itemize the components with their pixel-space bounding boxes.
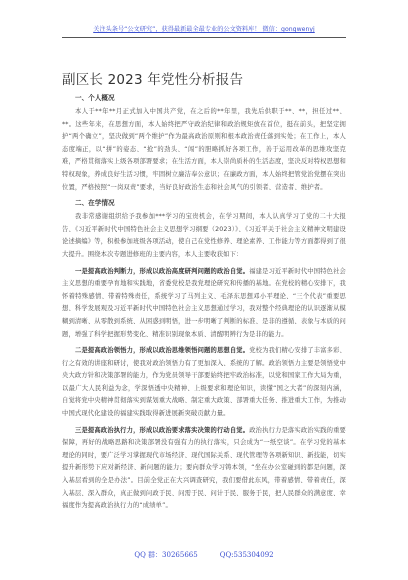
paragraph-political-comprehension: 二是提高政治领悟力，形成以政治思维领悟问题的思想自觉。党校为我们精心安排了丰富多… — [62, 345, 346, 421]
paragraph-text: 本人于**年**月正式加入中国共产党，在之后的**年里，我先后供职于**、**，… — [62, 108, 346, 191]
paragraph-lead: 二是提高政治领悟力，形成以政治思维领悟问题的思想自觉。 — [75, 347, 249, 354]
paragraph-political-judgment: 一是提高政治判断力，形成以政治高度研判问题的政治自觉。福建是习近平新时代中国特色… — [62, 266, 346, 342]
paragraph-lead: 三是提高政治执行力，形成以政治要求落实决策的行动自觉。 — [75, 427, 249, 434]
document-page: 关注头条号“公文研究”，获得最新最全最专业的公文资料库！ 微信：gongweny… — [0, 0, 408, 580]
header-banner-text[interactable]: 关注头条号“公文研究”，获得最新最全最专业的公文资料库！ 微信：gongweny… — [93, 26, 315, 33]
paragraph-personal-overview: 本人于**年**月正式加入中国共产党，在之后的**年里，我先后供职于**、**，… — [62, 106, 346, 194]
document-body: 一、个人概况 本人于**年**月正式加入中国共产党，在之后的**年里，我先后供职… — [62, 93, 346, 517]
footer-qq: QQ:535304092 — [220, 551, 274, 559]
footer-contact: QQ 群：30265665QQ:535304092 — [0, 549, 408, 561]
section-heading-personal-overview: 一、个人概况 — [62, 93, 346, 103]
header-banner[interactable]: 关注头条号“公文研究”，获得最新最全最专业的公文资料库！ 微信：gongweny… — [62, 25, 346, 38]
section-heading-study-situation: 二、在学情况 — [62, 198, 346, 208]
paragraph-text: 党校为我们精心安排了丰富多彩、行之有效的讲座和研讨，使我对政治领悟力有了更加深入… — [62, 347, 346, 417]
paragraph-study-intro: 我非常感谢组织给予我参加***学习的宝贵机会，在学习期间，本人认真学习了党的二十… — [62, 211, 346, 261]
document-title: 副区长 2023 年党性分析报告 — [62, 71, 243, 89]
paragraph-text: 我非常感谢组织给予我参加***学习的宝贵机会，在学习期间，本人认真学习了党的二十… — [62, 213, 346, 258]
paragraph-text: 政治执行力是落实政治实践的重要保障，再好的战略思路和决策部署没有强有力的执行落实… — [62, 427, 346, 510]
paragraph-lead: 一是提高政治判断力，形成以政治高度研判问题的政治自觉。 — [75, 268, 249, 275]
paragraph-text: 福建是习近平新时代中国特色社会主义思想的重要孕育地和实践地，省委党校是我党理论研… — [62, 268, 346, 338]
footer-qq-group: QQ 群：30265665 — [134, 551, 197, 559]
paragraph-political-execution: 三是提高政治执行力，形成以政治要求落实决策的行动自觉。政治执行力是落实政治实践的… — [62, 425, 346, 513]
